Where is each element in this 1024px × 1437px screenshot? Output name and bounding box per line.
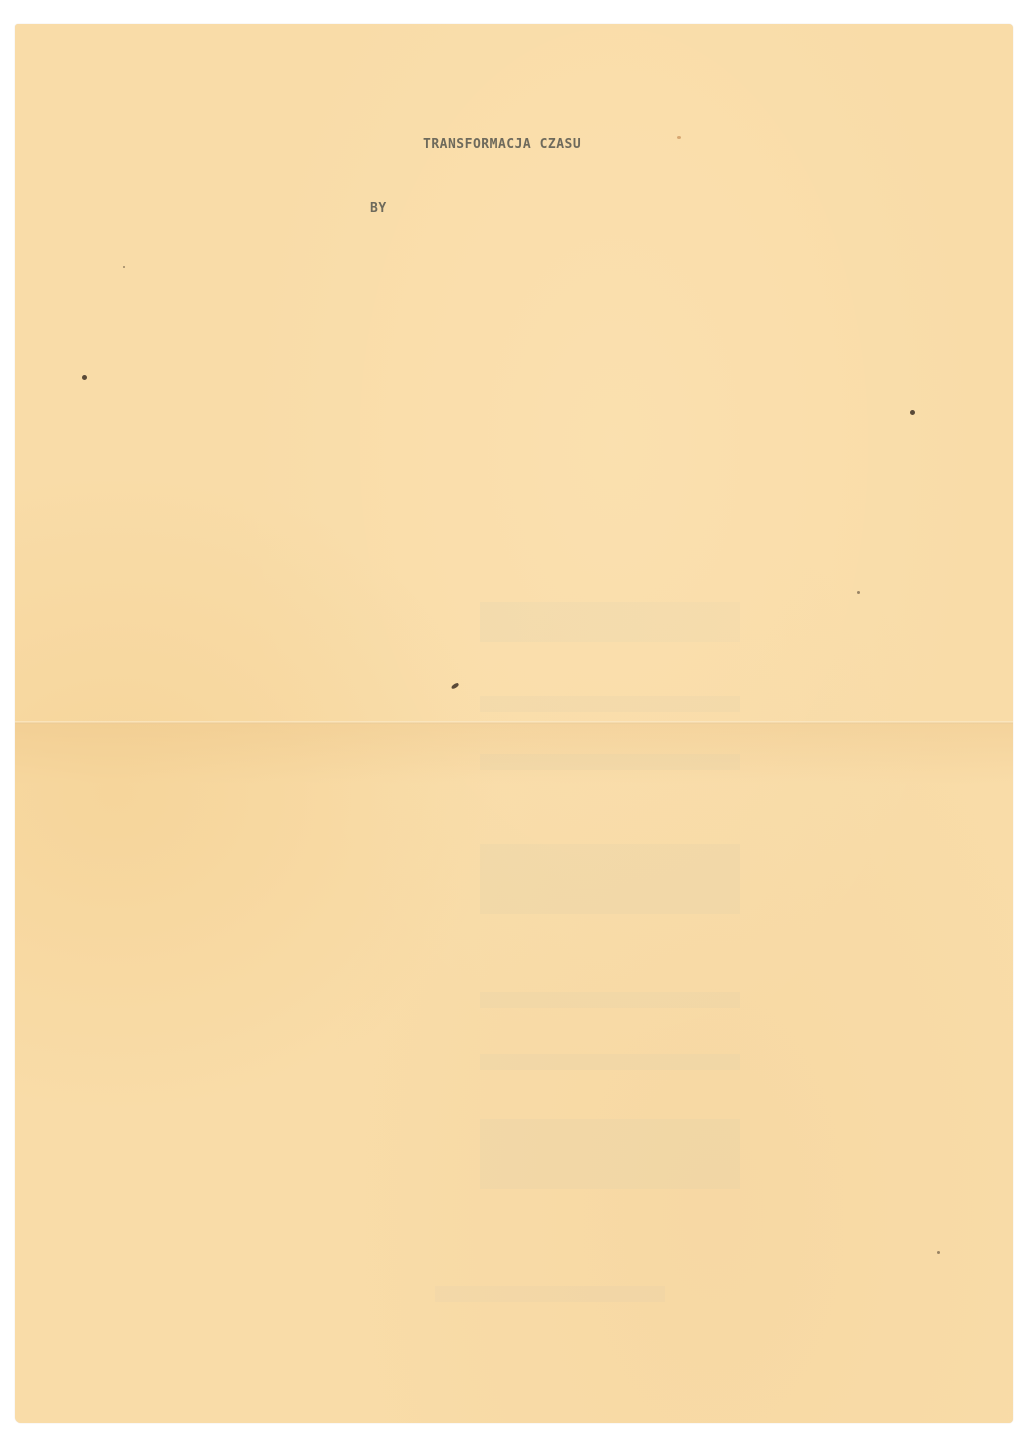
paper-speck [910,410,915,415]
document-title: TRANSFORMACJA CZASU [423,137,581,152]
paper-speck [857,591,860,594]
show-through-block [480,992,740,1008]
fold-crease [15,721,1013,724]
paper-speck [677,136,681,139]
paper-speck [82,375,87,380]
paper-speck [937,1251,940,1254]
paper-speck [451,682,460,689]
show-through-block [480,1119,740,1189]
byline-label: BY [370,201,387,216]
paper-sheet: TRANSFORMACJA CZASU BY [15,24,1013,1423]
show-through-block [480,1054,740,1070]
show-through-block [480,754,740,770]
show-through-block [480,696,740,712]
show-through-block [480,602,740,642]
show-through-block [480,844,740,914]
show-through-block [435,1286,665,1302]
paper-speck [123,266,125,268]
